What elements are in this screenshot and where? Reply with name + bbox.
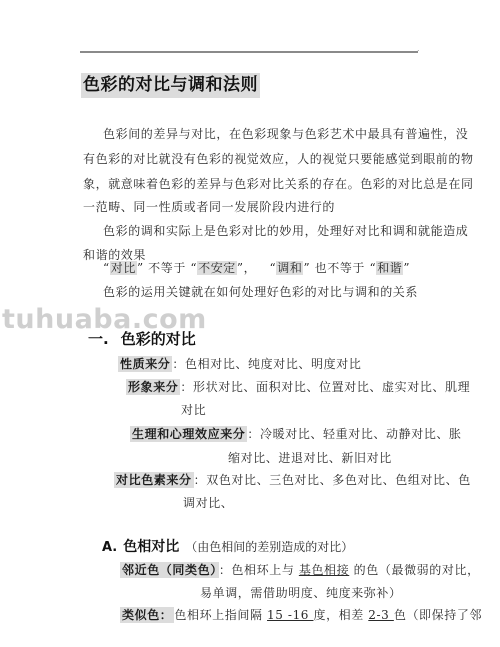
document-title: 色彩的对比与调和法则 [81, 73, 260, 98]
category-text: 色相对比、纯度对比、明度对比 [185, 357, 361, 371]
section-title: 色彩的对比 [121, 330, 196, 348]
header-mark: . [417, 44, 420, 53]
category-text: 双色对比、三色对比、多色对比、色组对比、色 [206, 473, 471, 487]
item-similar-color: 类似色：色相环上指间隔 15 -16 度，相差 2-3 色（即保持了邻 [120, 603, 482, 627]
category-label: 生理和心理效应来分 [130, 426, 247, 442]
underlined-term: 基色相接 [299, 563, 349, 577]
category-label: 对比色素来分 [114, 472, 194, 488]
intro-line-2: 有色彩的对比就没有色彩的视觉效应，人的视觉只要能感觉到眼前的物 [83, 147, 474, 171]
category-element: 对比色素来分：双色对比、三色对比、多色对比、色组对比、色 [114, 468, 471, 492]
category-label: 性质来分 [118, 356, 172, 372]
subsection-title: 色相对比 [123, 539, 179, 555]
item-label: 类似色： [120, 607, 174, 623]
item-text: 色相环上指间隔 [174, 608, 267, 622]
underlined-value: 15 -16 [267, 608, 313, 622]
highlight-concord: 和谐 [376, 261, 403, 275]
item-label: 邻近色（同类色） [120, 562, 219, 578]
quote-text: 不等于 [144, 261, 191, 275]
item-text: 色（即保持了邻 [394, 608, 482, 622]
quote-mark: ” [403, 261, 410, 275]
highlight-harmony: 调和 [276, 261, 303, 275]
separator: ： [247, 427, 260, 441]
intro-line-4: 一范畴、同一性质或者同一发展阶段内进行的 [83, 195, 335, 219]
item-text: 度，相差 [313, 608, 368, 622]
intro-line-5: 色彩的调和实际上是色彩对比的妙用，处理好对比和调和就能造成 [103, 219, 468, 243]
subsection-note: （由色相间的差别造成的对比） [185, 540, 353, 554]
category-physio: 生理和心理效应来分：冷暖对比、轻重对比、动静对比、胀 [130, 422, 462, 446]
section-number: 一. [88, 330, 109, 348]
item-adjacent-color: 邻近色（同类色）：色相环上与 基色相接 的色（最微弱的对比， [120, 558, 480, 582]
category-form-cont: 对比 [181, 398, 206, 422]
highlight-unstable: 不安定 [197, 261, 237, 275]
separator: ： [172, 357, 185, 371]
quote-mark: “ [103, 261, 110, 275]
quote-line: “对比” 不等于 “不安定”， “调和” 也不等于 “和谐” [103, 256, 410, 280]
separator: ： [194, 473, 207, 487]
intro-line-1: 色彩间的差异与对比，在色彩现象与色彩艺术中最具有普遍性，没 [103, 122, 468, 146]
subsection-letter: A. [102, 540, 117, 555]
category-physio-cont: 缩对比、进退对比、新旧对比 [228, 446, 392, 470]
separator: ： [219, 563, 232, 577]
category-form: 形象来分：形状对比、面积对比、位置对比、虚实对比、肌理 [126, 375, 470, 399]
item-text: 色相环上与 [231, 563, 298, 577]
subsection-heading: A.色相对比（由色相间的差别造成的对比） [102, 536, 353, 556]
intro-line-3: 象，就意味着色彩的差异与色彩对比关系的存在。色彩的对比总是在同 [83, 172, 474, 196]
item-adjacent-color-cont: 易单调，需借助明度、纯度来弥补） [200, 581, 402, 605]
category-label: 形象来分 [126, 379, 180, 395]
quote-text: 也不等于 [310, 261, 369, 275]
header-rule [80, 51, 418, 53]
intro-closing: 色彩的运用关键就在如何处理好色彩的对比与调和的关系 [103, 280, 418, 304]
category-nature: 性质来分：色相对比、纯度对比、明度对比 [118, 352, 361, 376]
quote-mark: ”， [237, 261, 256, 275]
category-element-cont: 调对比、 [183, 491, 233, 515]
category-text: 冷暖对比、轻重对比、动静对比、胀 [260, 427, 462, 441]
quote-mark: ” [137, 261, 144, 275]
category-text: 形状对比、面积对比、位置对比、虚实对比、肌理 [193, 380, 470, 394]
section-heading: 一.色彩的对比 [88, 328, 196, 349]
separator: ： [180, 380, 193, 394]
item-text: 的色（最微弱的对比， [349, 563, 479, 577]
highlight-contrast: 对比 [110, 261, 137, 275]
underlined-value: 2-3 [368, 608, 394, 622]
